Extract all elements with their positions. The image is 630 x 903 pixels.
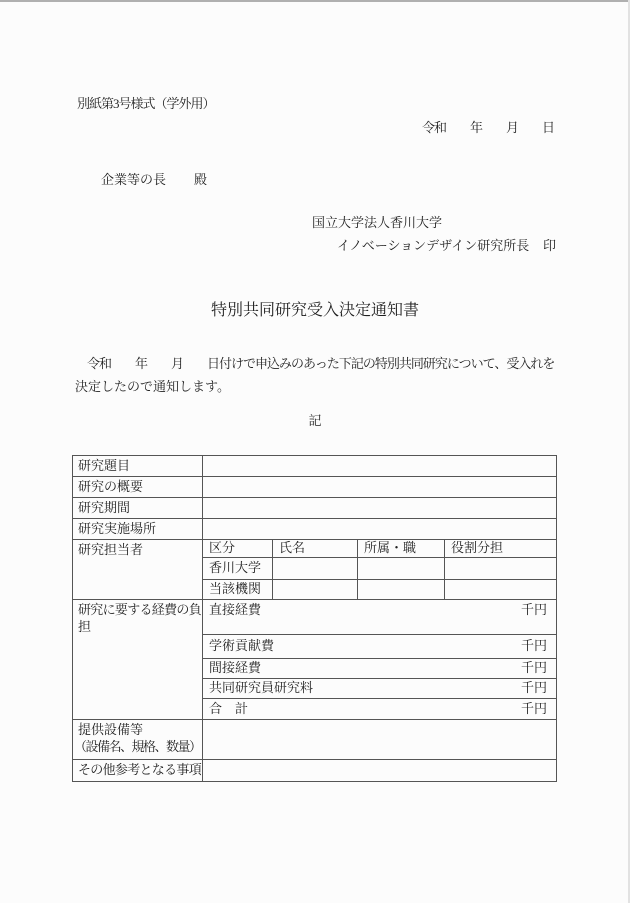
field-partner-affiliation [358, 580, 445, 600]
field-kagawa-affiliation [358, 558, 445, 580]
field-research-outline [203, 477, 557, 498]
field-research-title [203, 456, 557, 477]
notification-table: 研究題目 研究の概要 研究期間 研究実施場所 研究担当者 区分 氏名 所属・職 … [72, 455, 557, 782]
document-page: 別紙第3号様式（学外用） 令和 年 月 日 企業等の長殿 国立大学法人香川大学 … [0, 0, 630, 903]
field-partner-role [445, 580, 557, 600]
label-other: その他参考となる事項 [73, 760, 203, 782]
label-expenses-text: 研究に要する経費の負担 [78, 602, 202, 636]
col-header-name: 氏名 [273, 540, 358, 558]
field-equipment [203, 720, 557, 760]
body-line-2: 決定したので通知します。 [75, 379, 230, 395]
university-name: 国立大学法人香川大学 [312, 215, 442, 231]
table-row: 研究題目 [73, 456, 557, 477]
field-other [203, 760, 557, 782]
table-row: 研究に要する経費の負担 直接経費 千円 [73, 600, 557, 635]
label-research-location: 研究実施場所 [73, 519, 203, 540]
expense-item-direct: 直接経費 [209, 602, 261, 619]
col-header-category: 区分 [203, 540, 273, 558]
body-line-1: 令和 年 月 日付けで申込みのあった下記の特別共同研究について、受入れを [75, 356, 554, 372]
seal-mark: 印 [543, 238, 556, 254]
expense-row-academic: 学術貢献費 千円 [203, 635, 557, 659]
table-row: 研究の概要 [73, 477, 557, 498]
expense-unit: 千円 [521, 701, 547, 718]
expense-row-researcher-fee: 共同研究員研究料 千円 [203, 679, 557, 699]
expense-item-indirect: 間接経費 [209, 660, 261, 677]
label-equipment: 提供設備等 （設備名、規格、数量） [73, 720, 203, 760]
expense-item-researcher-fee: 共同研究員研究料 [209, 680, 313, 697]
expense-item-academic: 学術貢献費 [209, 638, 274, 655]
col-header-affiliation: 所属・職 [358, 540, 445, 558]
staff-row-kagawa-univ: 香川大学 [203, 558, 273, 580]
expense-row-indirect: 間接経費 千円 [203, 659, 557, 679]
label-research-period: 研究期間 [73, 498, 203, 519]
table-row: 研究担当者 区分 氏名 所属・職 役割分担 [73, 540, 557, 558]
ki-marker: 記 [0, 413, 630, 429]
expense-unit: 千円 [521, 680, 547, 697]
field-kagawa-name [273, 558, 358, 580]
label-equipment-line1: 提供設備等 [78, 722, 202, 739]
staff-row-partner-org: 当該機関 [203, 580, 273, 600]
expense-unit: 千円 [521, 638, 547, 655]
field-kagawa-role [445, 558, 557, 580]
expense-unit: 千円 [521, 602, 547, 619]
label-research-title: 研究題目 [73, 456, 203, 477]
date-line: 令和 年 月 日 [422, 120, 554, 136]
field-research-period [203, 498, 557, 519]
label-equipment-line2: （設備名、規格、数量） [74, 739, 201, 756]
table-row: 提供設備等 （設備名、規格、数量） [73, 720, 557, 760]
expense-item-total: 合 計 [209, 701, 248, 718]
recipient-honorific: 殿 [194, 172, 207, 187]
table-row: その他参考となる事項 [73, 760, 557, 782]
recipient-label: 企業等の長 [101, 172, 166, 187]
scan-edge-top [0, 0, 630, 2]
form-number-label: 別紙第3号様式（学外用） [77, 96, 215, 112]
col-header-role: 役割分担 [445, 540, 557, 558]
field-research-location [203, 519, 557, 540]
expense-unit: 千円 [521, 660, 547, 677]
label-research-outline: 研究の概要 [73, 477, 203, 498]
table-row: 研究実施場所 [73, 519, 557, 540]
label-expenses: 研究に要する経費の負担 [73, 600, 203, 720]
table-row: 研究期間 [73, 498, 557, 519]
field-partner-name [273, 580, 358, 600]
institute-director-title: イノベーションデザイン研究所長 [337, 238, 529, 254]
expense-row-total: 合 計 千円 [203, 699, 557, 720]
expense-row-direct: 直接経費 千円 [203, 600, 557, 635]
document-title: 特別共同研究受入決定通知書 [0, 301, 630, 320]
label-researchers: 研究担当者 [73, 540, 203, 600]
recipient-line: 企業等の長殿 [101, 172, 207, 188]
